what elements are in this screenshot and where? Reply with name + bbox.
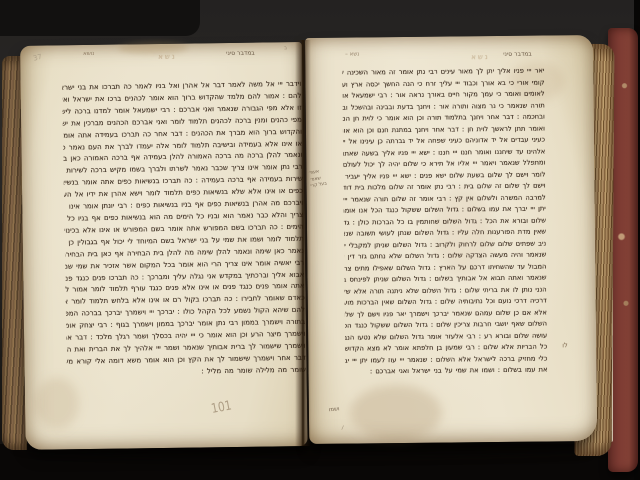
left-page: 37 נושא נשא במדבר סיני ב וידבר ייי אל מש… (20, 42, 308, 450)
text-line: ומתפלל שנאמר ויאמר ייי אליו אל תירא כי ש… (343, 157, 545, 171)
right-page: נשא – נשא במדבר סיני אעפ׳שאמ׳בעל קרי יאר… (305, 35, 597, 444)
running-header-left: נשא – (345, 51, 359, 57)
pencil-library-mark: 37 (32, 53, 43, 63)
ink-squiggle: ן (341, 424, 345, 431)
folio-number-pencil: 101 (210, 398, 233, 417)
running-header-center-faded: נשא (471, 53, 490, 61)
running-header-center-faded: נשא (158, 53, 177, 61)
running-header-title: במדבר סיני (226, 50, 255, 57)
body-text-left-page: וידבר ייי אל משה לאמר דבר אל אהרן ואל בנ… (62, 79, 306, 383)
stain (118, 42, 188, 55)
catchword: ושמו (329, 406, 340, 413)
quire-mark: ב (284, 45, 287, 51)
manuscript-photo: 37 נושא נשא במדבר סיני ב וידבר ייי אל מש… (0, 0, 640, 480)
backdrop-shadow-topleft (0, 0, 200, 36)
running-header-title: במדבר סיני (503, 51, 532, 58)
margin-mark: לו (562, 341, 568, 349)
body-text-right-page: יאר ייי פניו אליך יתן לך מאור עינים רבי … (342, 65, 547, 379)
stain (35, 377, 80, 430)
running-header-left: נושא (83, 51, 94, 57)
text-line: את עמו בשלום : ושמו את שמי על בני ישראל … (345, 364, 547, 378)
stain (350, 385, 443, 442)
